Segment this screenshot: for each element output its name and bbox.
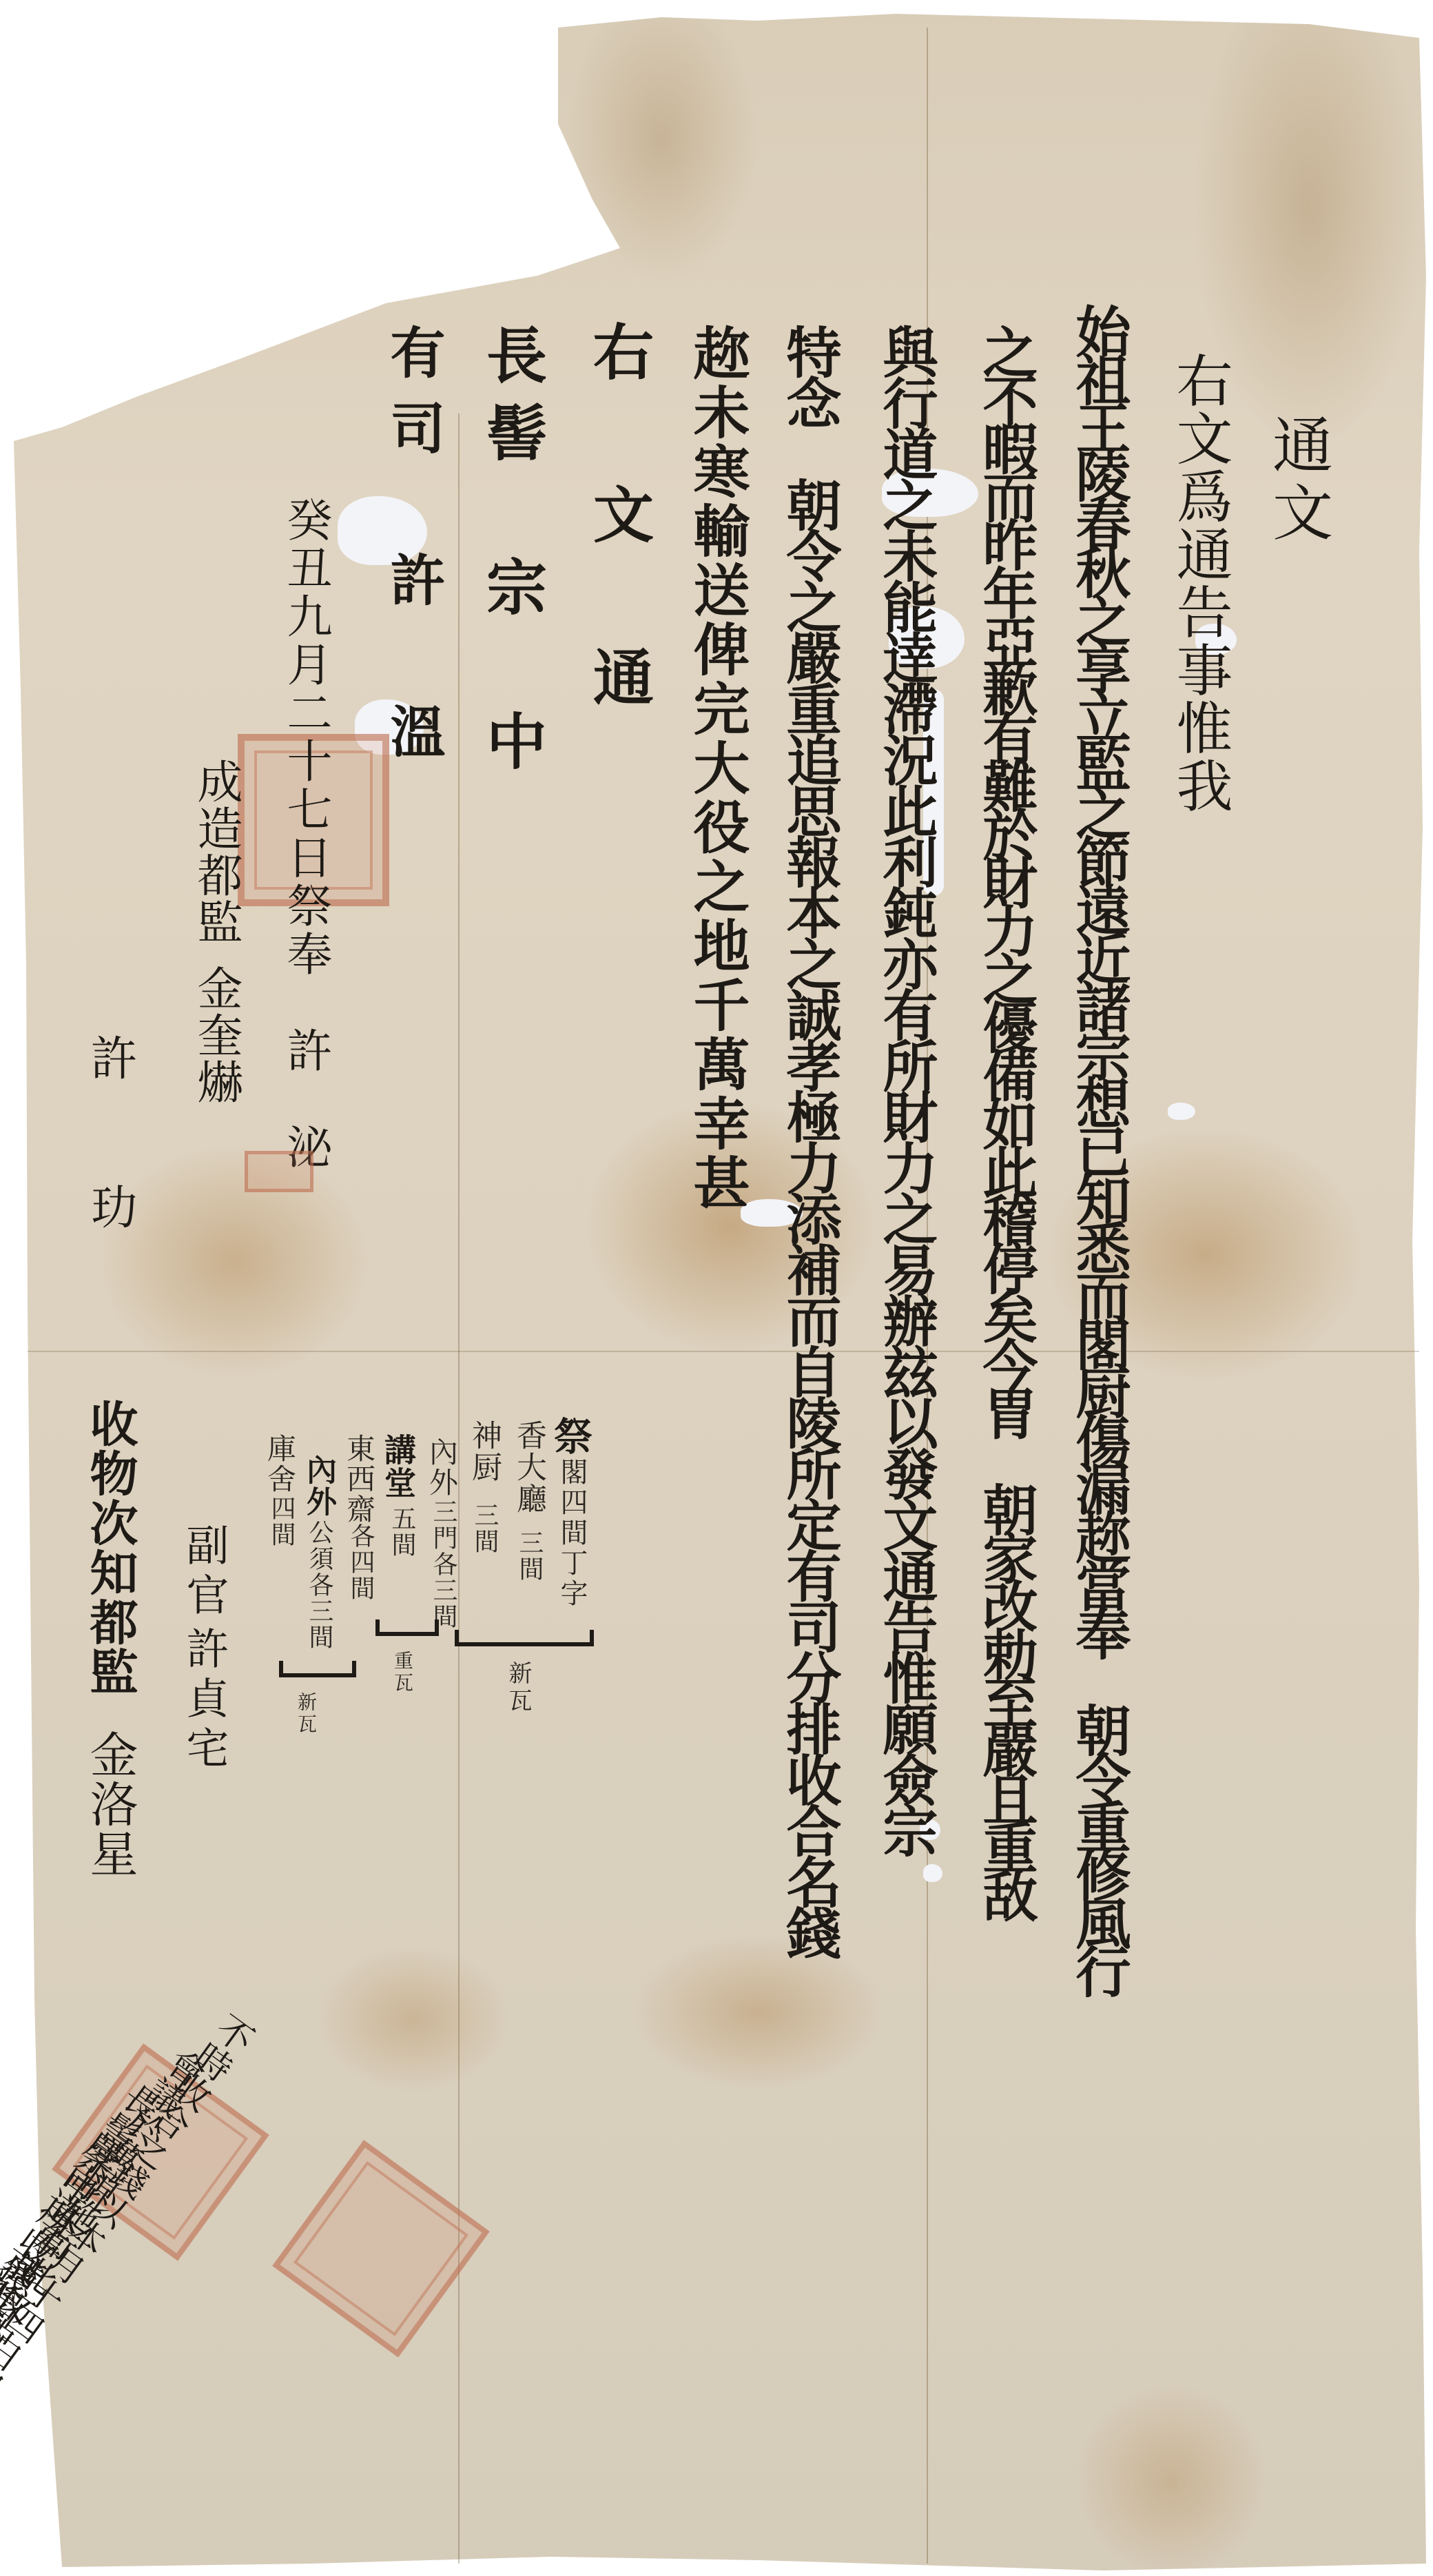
official-name-deputy: 許貞宅 — [183, 1626, 225, 1775]
paper-hole — [1168, 1103, 1195, 1120]
building-detail: 閣四間丁字 — [558, 1458, 586, 1609]
official-role-construction: 成造都監 — [193, 758, 238, 945]
group-note: 新瓦 — [296, 1692, 316, 1736]
building-name: 東西齋 — [344, 1433, 373, 1524]
date-line: 癸丑九月二十七日祭奉 許 泌 — [282, 496, 328, 1172]
address-column-3: 有司 許 溫 — [386, 324, 441, 779]
address-column-1: 右 文 通 — [589, 320, 650, 727]
building-name: 祭 — [551, 1416, 590, 1455]
building-name: 講堂 — [382, 1433, 414, 1500]
building-detail: 三門各三間 — [431, 1499, 455, 1630]
official-name-heo: 許 玏 — [86, 1034, 133, 1257]
document-title: 通文 — [1268, 413, 1328, 549]
building-name: 神厨 — [468, 1420, 499, 1483]
body-column-3: 之不暇而昨年亞歉有難於財力之優備如此稽停矣今胃 朝家改勅至嚴且重敌 — [978, 324, 1033, 1916]
building-name: 內外 — [303, 1454, 333, 1517]
building-name: 庫舍 — [265, 1433, 294, 1494]
official-name-collection: 金洛星 — [86, 1730, 134, 1879]
paper-hole — [923, 1864, 942, 1882]
building-name: 內外 — [427, 1437, 456, 1497]
official-seal-small — [245, 1151, 313, 1192]
building-detail: 三間 — [517, 1530, 542, 1582]
building-detail: 各四間 — [348, 1523, 373, 1602]
group-bracket — [375, 1619, 439, 1636]
address-column-2: 長髻 宗 中 — [482, 324, 543, 787]
building-detail: 三間 — [472, 1502, 497, 1555]
group-bracket — [279, 1661, 356, 1677]
official-name-construction: 金奎爀 — [193, 965, 238, 1105]
body-column-2: 始祖王陵春秋之享立監之節遠近諸宗想已知悉而閣厨傷漏趂當奉 朝令重修風行 — [1071, 303, 1126, 1992]
building-name: 香大廳 — [513, 1420, 544, 1515]
group-bracket — [455, 1630, 594, 1646]
group-note: 重瓦 — [393, 1650, 412, 1695]
official-role-collection: 收物次知都監 — [86, 1399, 134, 1697]
official-role-deputy: 副官 — [183, 1523, 225, 1622]
body-column-5: 特念 朝令之嚴重追思報本之誠孝極力添補而自陵所定有司分排收合名錢 — [782, 324, 837, 1956]
group-note: 新瓦 — [506, 1661, 530, 1716]
fold-line-horizontal — [28, 1351, 1419, 1352]
building-detail: 四間 — [269, 1495, 293, 1548]
building-detail: 公須各三間 — [307, 1520, 331, 1650]
building-detail: 五間 — [389, 1506, 414, 1558]
body-column-6: 趂未寒輸送俾完大役之地千萬幸甚 — [689, 324, 745, 1213]
body-column-4: 與行道之未能逹滯況此利鈍亦有所財力之易辦玆以發文通告惟願僉宗 — [878, 324, 934, 1854]
body-column-1: 右文爲通告事惟我 — [1171, 351, 1228, 815]
